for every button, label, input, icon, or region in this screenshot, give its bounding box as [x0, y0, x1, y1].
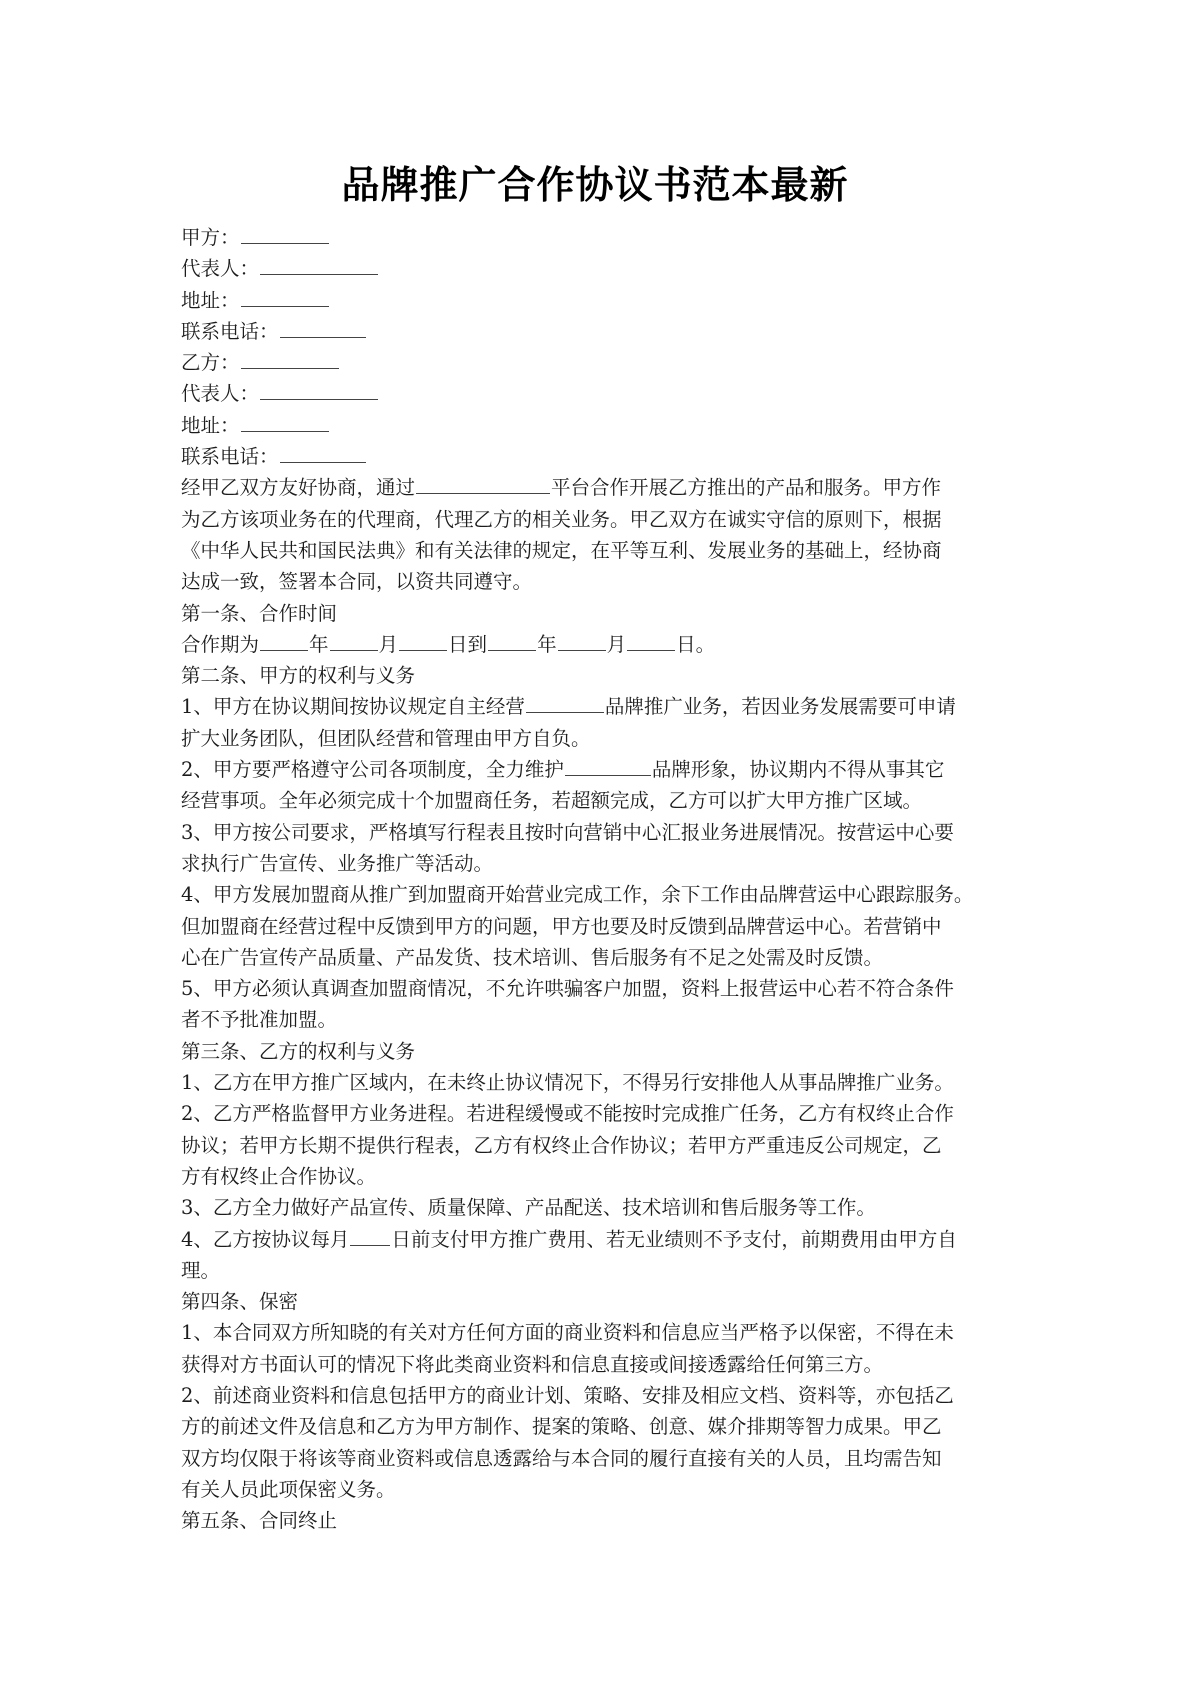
- article-3-item-1-line-1: 1、乙方在甲方推广区域内，在未终止协议情况下，不得另行安排他人从事品牌推广业务。: [181, 1067, 1011, 1098]
- article-2-item-3-line-1: 3、甲方按公司要求，严格填写行程表且按时向营销中心汇报业务进展情况。按营运中心要: [181, 817, 1011, 848]
- article-4-item-1-line-1: 1、本合同双方所知晓的有关对方任何方面的商业资料和信息应当严格予以保密，不得在未: [181, 1317, 1011, 1348]
- day-end-label: 日。: [676, 633, 715, 656]
- preamble-line-3: 《中华人民共和国民法典》和有关法律的规定，在平等互利、发展业务的基础上，经协商: [181, 535, 1011, 566]
- article-3-item-3-line-1: 3、乙方全力做好产品宣传、质量保障、产品配送、技术培训和售后服务等工作。: [181, 1192, 1011, 1223]
- party-b-addr-line: 地址：: [181, 410, 1011, 441]
- article-3-item-4-line-2: 理。: [181, 1255, 1011, 1286]
- party-b-addr-blank[interactable]: [241, 411, 329, 432]
- article-2-item-4-line-3: 心在广告宣传产品质量、产品发货、技术培训、售后服务有不足之处需及时反馈。: [181, 942, 1011, 973]
- article-2-item-5-line-2: 者不予批准加盟。: [181, 1004, 1011, 1035]
- party-b-phone-label: 联系电话：: [181, 445, 279, 468]
- article-4-item-2-line-1: 2、前述商业资料和信息包括甲方的商业计划、策略、安排及相应文档、资料等，亦包括乙: [181, 1380, 1011, 1411]
- end-day-blank[interactable]: [627, 630, 675, 651]
- period-prefix: 合作期为: [181, 633, 259, 656]
- clause-text: 日前支付甲方推广费用、若无业绩则不予支付，前期费用由甲方自: [391, 1228, 957, 1251]
- month-label: 月: [379, 633, 399, 656]
- cooperation-period-line: 合作期为年月日到年月日。: [181, 629, 1011, 660]
- party-a-blank[interactable]: [241, 223, 329, 244]
- party-a-phone-label: 联系电话：: [181, 320, 279, 343]
- preamble-text: 平台合作开展乙方推出的产品和服务。甲方作: [551, 476, 941, 499]
- article-1-heading: 第一条、合作时间: [181, 598, 1011, 629]
- party-b-label: 乙方：: [181, 351, 240, 374]
- article-3-item-4-line-1: 4、乙方按协议每月日前支付甲方推广费用、若无业绩则不予支付，前期费用由甲方自: [181, 1224, 1011, 1255]
- party-a-phone-line: 联系电话：: [181, 316, 1011, 347]
- party-b-blank[interactable]: [241, 348, 339, 369]
- article-2-item-1-line-1: 1、甲方在协议期间按协议规定自主经营品牌推广业务，若因业务发展需要可申请: [181, 691, 1011, 722]
- party-a-rep-line: 代表人：: [181, 253, 1011, 284]
- party-a-addr-line: 地址：: [181, 285, 1011, 316]
- brand-blank-2[interactable]: [565, 755, 651, 776]
- article-4-item-2-line-4: 有关人员此项保密义务。: [181, 1474, 1011, 1505]
- day-to-label: 日到: [448, 633, 487, 656]
- party-b-rep-label: 代表人：: [181, 382, 259, 405]
- year-label: 年: [537, 633, 557, 656]
- end-month-blank[interactable]: [558, 630, 606, 651]
- article-4-heading: 第四条、保密: [181, 1286, 1011, 1317]
- month-label: 月: [607, 633, 627, 656]
- article-2-heading: 第二条、甲方的权利与义务: [181, 660, 1011, 691]
- party-a-label: 甲方：: [181, 226, 240, 249]
- party-a-rep-blank[interactable]: [260, 254, 378, 275]
- party-a-addr-label: 地址：: [181, 289, 240, 312]
- party-a-addr-blank[interactable]: [241, 286, 329, 307]
- party-a-rep-label: 代表人：: [181, 257, 259, 280]
- year-label: 年: [309, 633, 329, 656]
- preamble-line-2: 为乙方该项业务在的代理商，代理乙方的相关业务。甲乙双方在诚实守信的原则下，根据: [181, 504, 1011, 535]
- document-title: 品牌推广合作协议书范本最新: [0, 160, 1190, 210]
- preamble-line-1: 经甲乙双方友好协商，通过平台合作开展乙方推出的产品和服务。甲方作: [181, 472, 1011, 503]
- article-3-heading: 第三条、乙方的权利与义务: [181, 1036, 1011, 1067]
- article-2-item-2-line-2: 经营事项。全年必须完成十个加盟商任务，若超额完成，乙方可以扩大甲方推广区域。: [181, 785, 1011, 816]
- platform-blank[interactable]: [416, 473, 550, 494]
- party-b-addr-label: 地址：: [181, 414, 240, 437]
- party-a-line: 甲方：: [181, 222, 1011, 253]
- preamble-text: 经甲乙双方友好协商，通过: [181, 476, 415, 499]
- clause-text: 品牌形象，协议期内不得从事其它: [652, 758, 945, 781]
- payment-day-blank[interactable]: [350, 1225, 390, 1246]
- article-2-item-4-line-1: 4、甲方发展加盟商从推广到加盟商开始营业完成工作，余下工作由品牌营运中心跟踪服务…: [181, 879, 1011, 910]
- clause-text: 品牌推广业务，若因业务发展需要可申请: [605, 695, 956, 718]
- party-b-phone-line: 联系电话：: [181, 441, 1011, 472]
- preamble-line-4: 达成一致，签署本合同，以资共同遵守。: [181, 566, 1011, 597]
- start-day-blank[interactable]: [399, 630, 447, 651]
- end-year-blank[interactable]: [488, 630, 536, 651]
- article-3-item-2-line-3: 方有权终止合作协议。: [181, 1161, 1011, 1192]
- article-4-item-1-line-2: 获得对方书面认可的情况下将此类商业资料和信息直接或间接透露给任何第三方。: [181, 1349, 1011, 1380]
- start-year-blank[interactable]: [260, 630, 308, 651]
- document-page: 品牌推广合作协议书范本最新 甲方： 代表人： 地址： 联系电话： 乙方： 代表人…: [0, 0, 1190, 1683]
- clause-text: 2、甲方要严格遵守公司各项制度，全力维护: [181, 758, 564, 781]
- article-3-item-2-line-1: 2、乙方严格监督甲方业务进程。若进程缓慢或不能按时完成推广任务，乙方有权终止合作: [181, 1098, 1011, 1129]
- article-4-item-2-line-3: 双方均仅限于将该等商业资料或信息透露给与本合同的履行直接有关的人员，且均需告知: [181, 1443, 1011, 1474]
- party-b-phone-blank[interactable]: [280, 442, 366, 463]
- article-5-heading: 第五条、合同终止: [181, 1505, 1011, 1536]
- article-2-item-1-line-2: 扩大业务团队，但团队经营和管理由甲方自负。: [181, 723, 1011, 754]
- document-body: 甲方： 代表人： 地址： 联系电话： 乙方： 代表人： 地址： 联系电话： 经甲…: [181, 222, 1011, 1536]
- article-2-item-4-line-2: 但加盟商在经营过程中反馈到甲方的问题，甲方也要及时反馈到品牌营运中心。若营销中: [181, 911, 1011, 942]
- article-2-item-2-line-1: 2、甲方要严格遵守公司各项制度，全力维护品牌形象，协议期内不得从事其它: [181, 754, 1011, 785]
- article-3-item-2-line-2: 协议；若甲方长期不提供行程表，乙方有权终止合作协议；若甲方严重违反公司规定，乙: [181, 1130, 1011, 1161]
- article-2-item-5-line-1: 5、甲方必须认真调查加盟商情况，不允许哄骗客户加盟，资料上报营运中心若不符合条件: [181, 973, 1011, 1004]
- party-a-phone-blank[interactable]: [280, 317, 366, 338]
- start-month-blank[interactable]: [330, 630, 378, 651]
- party-b-rep-line: 代表人：: [181, 378, 1011, 409]
- clause-text: 1、甲方在协议期间按协议规定自主经营: [181, 695, 525, 718]
- article-2-item-3-line-2: 求执行广告宣传、业务推广等活动。: [181, 848, 1011, 879]
- brand-blank-1[interactable]: [526, 692, 604, 713]
- article-4-item-2-line-2: 方的前述文件及信息和乙方为甲方制作、提案的策略、创意、媒介排期等智力成果。甲乙: [181, 1411, 1011, 1442]
- party-b-line: 乙方：: [181, 347, 1011, 378]
- party-b-rep-blank[interactable]: [260, 379, 378, 400]
- clause-text: 4、乙方按协议每月: [181, 1228, 349, 1251]
